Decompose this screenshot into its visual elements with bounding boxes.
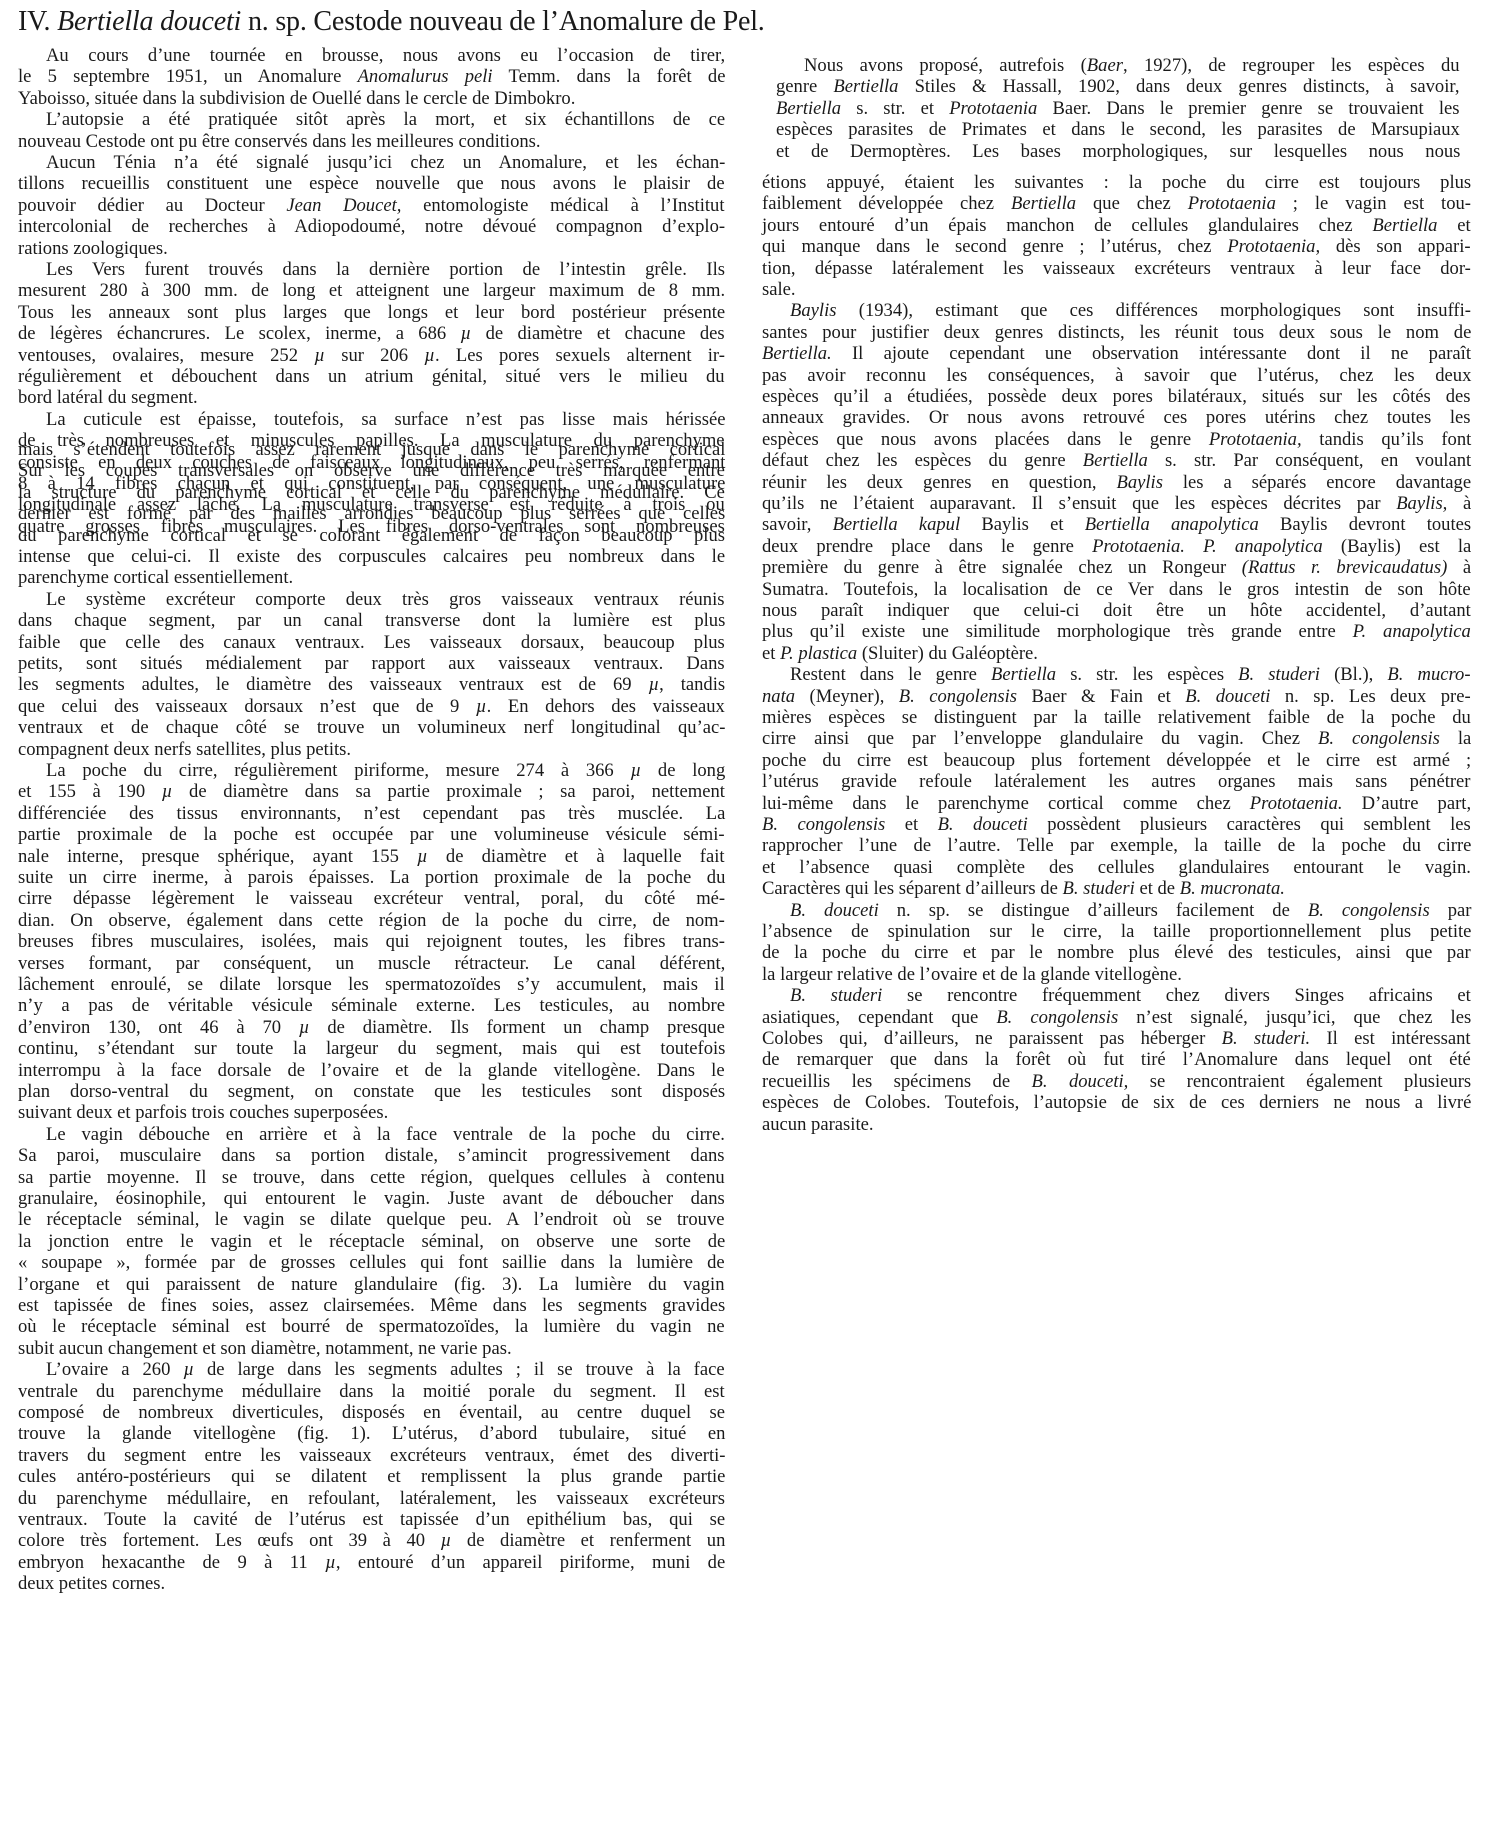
text-line: tillons recueillis constituent une espèc… [18,173,725,194]
text-line: la structure du parenchyme cortical et c… [18,482,725,503]
text-line: travers du segment entre les vaisseaux e… [18,1445,725,1466]
text-line: première du genre à être signalée chez u… [762,557,1471,578]
text-line: la jonction entre le vagin et le récepta… [18,1231,725,1252]
text-line: granulaire, éosinophile, qui entourent l… [18,1188,725,1209]
text-line: le 5 septembre 1951, un Anomalure Anomal… [18,66,725,87]
text-line: faible que celle des canaux ventraux. Le… [18,632,725,653]
text-line: La poche du cirre, régulièrement pirifor… [46,760,725,781]
text-line: lâchement enroulé, se dilate lorsque les… [18,974,725,995]
text-line: du parenchyme cortical et se colorant ég… [18,525,725,546]
text-line: Bertiella. Il ajoute cependant une obser… [762,343,1471,364]
article-title: IV. Bertiella douceti n. sp. Cestode nou… [18,6,765,38]
text-line: dans chaque segment, par un canal transv… [18,610,725,631]
text-line: le réceptacle séminal, le vagin se dilat… [18,1209,725,1230]
text-line: poche du cirre est beaucoup plus forteme… [762,750,1471,771]
text-line: Le système excréteur comporte deux très … [46,589,725,610]
text-line: dernier est formé par des mailles arrond… [18,503,725,524]
text-line: et 155 à 190 µ de diamètre dans sa parti… [18,781,725,802]
text-line: Sur les coupes transversales on observe … [18,460,725,481]
text-line: différenciée des tissus environnants, n’… [18,803,725,824]
text-line: l’absence de spinulation sur le cirre, l… [762,921,1471,942]
text-line: d’environ 130, ont 46 à 70 µ de diamètre… [18,1017,725,1038]
text-line: Nous avons proposé, autrefois (Baer, 192… [804,55,1460,76]
text-line: genre Bertiella Stiles & Hassall, 1902, … [776,76,1460,97]
text-line: « soupape », formée par de grosses cellu… [18,1252,725,1273]
text-line: l’utérus gravide refoule latéralement le… [762,771,1471,792]
text-line: ventraux. Toute la cavité de l’utérus es… [18,1509,725,1530]
text-line: espèces parasites de Primates et dans le… [776,119,1460,140]
text-line: la largeur relative de l’ovaire et de la… [762,964,1182,985]
text-line: deux prendre place dans le genre Protota… [762,536,1471,557]
text-line: sa partie moyenne. Il se trouve, dans ce… [18,1167,725,1188]
text-line: Caractères qui les séparent d’ailleurs d… [762,878,1285,899]
text-line: trouve la glande vitellogène (fig. 1). L… [18,1423,725,1444]
text-line: Restent dans le genre Bertiella s. str. … [790,664,1471,685]
text-line: et de Dermoptères. Les bases morphologiq… [776,141,1460,162]
text-line: étions appuyé, étaient les suivantes : l… [762,172,1471,193]
text-line: ventouses, ovalaires, mesure 252 µ sur 2… [18,345,725,366]
text-line: du parenchyme médullaire, en refoulant, … [18,1488,725,1509]
title-species: Bertiella douceti [57,6,241,37]
text-line: cirre dépasse légèrement le vaisseau exc… [18,888,725,909]
text-line: Yaboisso, située dans la subdivision de … [18,88,575,109]
text-line: nouveau Cestode ont pu être conservés da… [18,131,541,152]
text-line: continu, s’étendant sur toute la largeur… [18,1038,725,1059]
text-line: Baylis (1934), estimant que ces différen… [790,300,1471,321]
text-line: Colobes qui, d’ailleurs, ne paraissent p… [762,1028,1471,1049]
text-line: savoir, Bertiella kapul Baylis et Bertie… [762,514,1471,535]
text-line: suivant deux et parfois trois couches su… [18,1102,388,1123]
text-line: de légères échancrures. Le scolex, inerm… [18,323,725,344]
text-line: n’y a pas de véritable vésicule séminale… [18,995,725,1016]
text-line: recueillis les spécimens de B. douceti, … [762,1071,1471,1092]
text-line: les segments adultes, le diamètre des va… [18,674,725,695]
text-line: breuses fibres musculaires, isolées, mai… [18,931,725,952]
text-line: verses formant, par conséquent, un muscl… [18,953,725,974]
text-line: pas avoir reconnu les conséquences, à sa… [762,365,1471,386]
text-line: Au cours d’une tournée en brousse, nous … [46,45,725,66]
text-line: Bertiella s. str. et Prototaenia Baer. D… [776,98,1460,119]
text-line: compagnent deux nerfs satellites, plus p… [18,739,351,760]
text-line: deux petites cornes. [18,1573,165,1594]
title-prefix: IV. [18,6,57,37]
text-line: anneaux gravides. Or nous avons retrouvé… [762,407,1471,428]
text-line: régulièrement et débouchent dans un atri… [18,366,725,387]
text-line: et P. plastica (Sluiter) du Galéoptère. [762,643,1038,664]
text-line: intercolonial de recherches à Adiopodoum… [18,216,725,237]
text-line: ventraux et de chaque côté se trouve un … [18,717,725,738]
text-line: suite un cirre inerme, à parois épaisses… [18,867,725,888]
text-line: nous paraît indiquer que celui-ci doit ê… [762,600,1471,621]
text-line: et l’absence quasi complète des cellules… [762,857,1471,878]
text-line: l’organe et qui paraissent de nature gla… [18,1274,725,1295]
text-line: cirre ainsi que par l’enveloppe glandula… [762,728,1471,749]
text-line: que celui des vaisseaux dorsaux n’est qu… [18,696,725,717]
text-line: plus qu’il existe une similitude morphol… [762,621,1471,642]
text-line: subit aucun changement et son diamètre, … [18,1338,512,1359]
text-line: cules antéro-postérieurs qui se dilatent… [18,1466,725,1487]
text-line: faiblement développée chez Bertiella que… [762,193,1471,214]
text-line: rapprocher l’une de l’autre. Telle par e… [762,835,1471,856]
text-line: espèces que nous avons placées dans le g… [762,429,1471,450]
text-line: qui manque dans le second genre ; l’utér… [762,236,1471,257]
text-line: Sumatra. Toutefois, la localisation de c… [762,579,1471,600]
text-line: intense que celui-ci. Il existe des corp… [18,546,725,567]
text-line: tion, dépasse latéralement les vaisseaux… [762,258,1471,279]
text-line: santes pour justifier deux genres distin… [762,322,1471,343]
text-line: embryon hexacanthe de 9 à 11 µ, entouré … [18,1552,725,1573]
text-line: défaut chez les espèces du genre Bertiel… [762,450,1471,471]
text-line: composé de nombreux diverticules, dispos… [18,1402,725,1423]
text-line: nale interne, presque sphérique, ayant 1… [18,846,725,867]
text-line: pouvoir dédier au Docteur Jean Doucet, e… [18,195,725,216]
text-line: Sa paroi, musculaire dans sa portion dis… [18,1145,725,1166]
text-line: B. studeri se rencontre fréquemment chez… [790,985,1471,1006]
text-line: colore très fortement. Les œufs ont 39 à… [18,1530,725,1551]
text-line: B. douceti n. sp. se distingue d’ailleur… [790,900,1471,921]
text-line: sale. [762,279,796,300]
text-line: Les Vers furent trouvés dans la dernière… [46,259,725,280]
text-line: ventrale du parenchyme médullaire dans l… [18,1381,725,1402]
text-line: de remarquer que dans la forêt où fut ti… [762,1049,1471,1070]
text-line: dian. On observe, également dans cette r… [18,910,725,931]
text-line: espèces qu’il a étudiées, possède deux p… [762,386,1471,407]
text-line: qu’ils ne l’étaient auparavant. Il s’ens… [762,493,1471,514]
text-line: Le vagin débouche en arrière et à la fac… [46,1124,725,1145]
text-line: L’autopsie a été pratiquée sitôt après l… [46,109,725,130]
text-line: lui-même dans le parenchyme cortical com… [762,793,1471,814]
text-line: interrompu à la face dorsale de l’ovaire… [18,1060,725,1081]
text-line: nata (Meyner), B. congolensis Baer & Fai… [762,686,1471,707]
text-line: espèces de Colobes. Toutefois, l’autopsi… [762,1092,1471,1113]
text-line: rations zoologiques. [18,238,168,259]
text-line: où le réceptacle séminal est bourré de s… [18,1316,725,1337]
text-line: aucun parasite. [762,1114,874,1135]
text-line: L’ovaire a 260 µ de large dans les segme… [46,1359,725,1380]
text-line: bord latéral du segment. [18,387,198,408]
text-line: B. congolensis et B. douceti possèdent p… [762,814,1471,835]
text-line: mesurent 280 à 300 mm. de long et atteig… [18,280,725,301]
text-line: parenchyme cortical essentiellement. [18,567,293,588]
text-line: jours entouré d’un épais manchon de cell… [762,215,1471,236]
text-line: La cuticule est épaisse, toutefois, sa s… [46,409,725,430]
text-line: Tous les anneaux sont plus larges que lo… [18,302,725,323]
text-line: partie proximale de la poche est occupée… [18,824,725,845]
text-line: petits, sont situés médialement par rapp… [18,653,725,674]
text-line: mières espèces se distinguent par la tai… [762,707,1471,728]
text-line: Aucun Ténia n’a été signalé jusqu’ici ch… [46,152,725,173]
title-suffix: n. sp. Cestode nouveau de l’Anomalure de… [241,6,764,37]
text-line: plan dorso-ventral du segment, on consta… [18,1081,725,1102]
text-line: réunir les deux genres en question, Bayl… [762,472,1471,493]
text-line: de la poche du cirre et par le nombre pl… [762,942,1471,963]
text-line: est tapissée de fines soies, assez clair… [18,1295,725,1316]
text-line: asiatiques, cependant que B. congolensis… [762,1007,1471,1028]
text-line: mais s’étendent toutefois assez rarement… [18,439,725,460]
